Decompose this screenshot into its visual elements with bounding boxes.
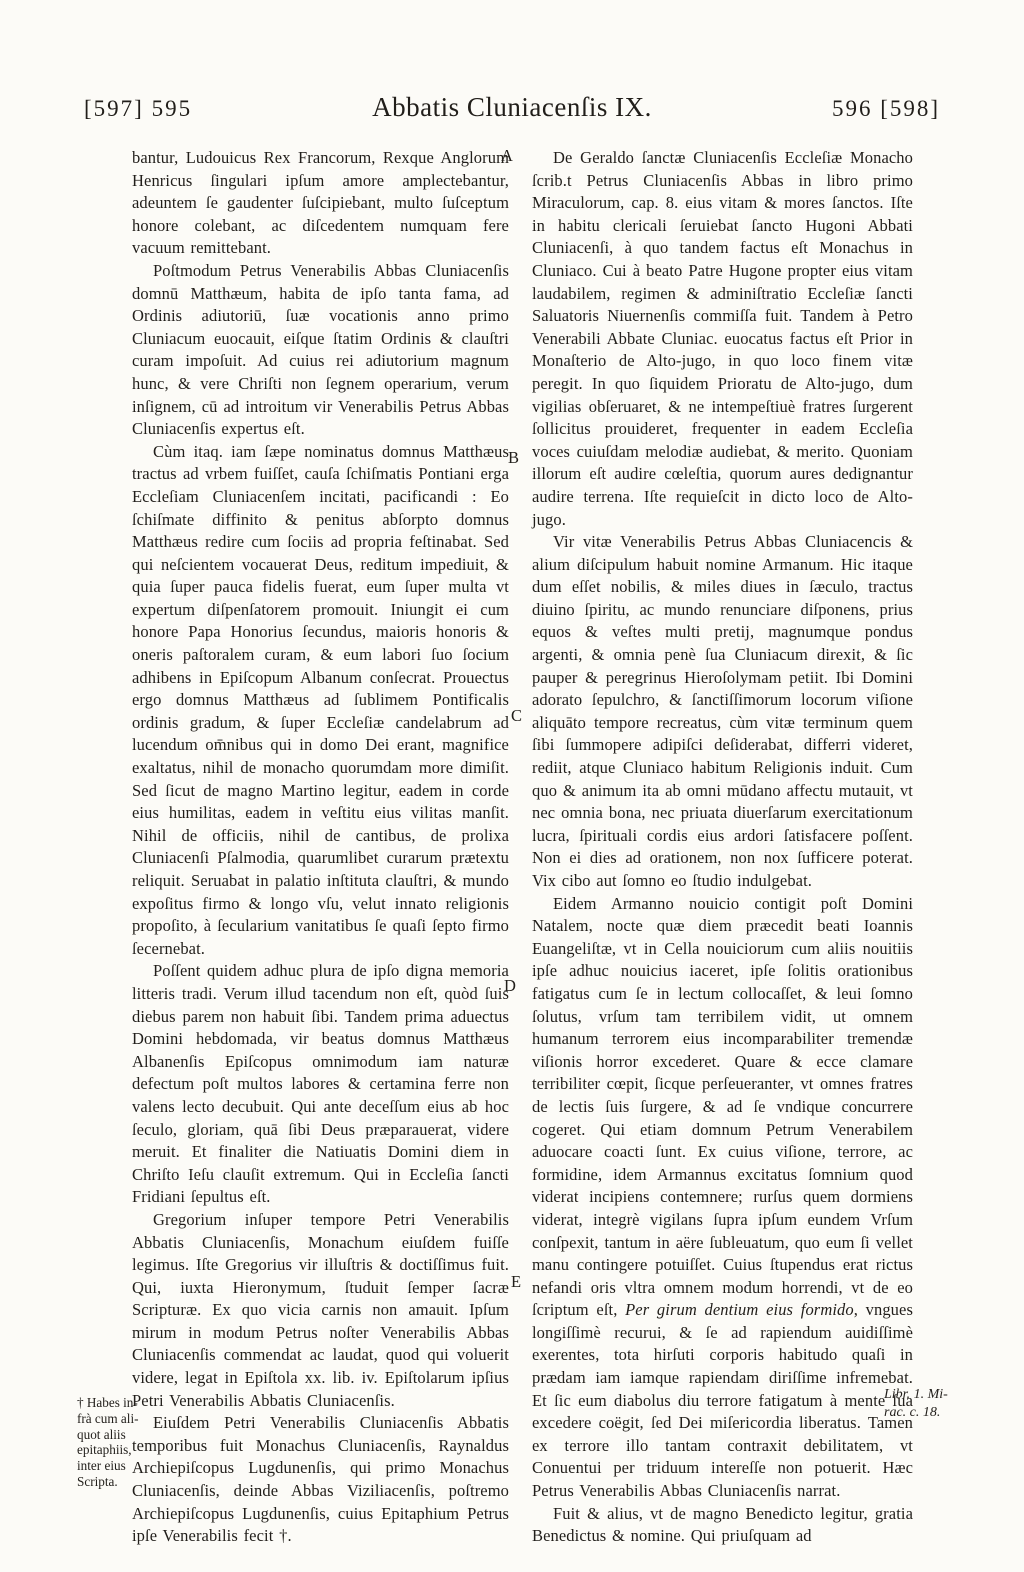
text-run: Fuit & alius, vt de magno Benedicto legi… [532, 1504, 913, 1546]
right-margin-citation: Libr. 1. Mi- rac. c. 18. [884, 1386, 1016, 1421]
paragraph: Eidem Armanno nouicio contigit poſt Domi… [532, 893, 913, 1503]
paragraph: Poſſent quidem adhuc plura de ipſo digna… [132, 960, 509, 1209]
paragraph: Gregorium inſuper tempore Petri Venerabi… [132, 1209, 509, 1412]
paragraph: Poſtmodum Petrus Venerabilis Abbas Cluni… [132, 260, 509, 441]
paragraph: bantur, Ludouicus Rex Francorum, Rexque … [132, 147, 509, 260]
italic-quotation: Per girum dentium eius formido [625, 1300, 854, 1319]
text-run: Poſſent quidem adhuc plura de ipſo digna… [132, 961, 509, 1206]
text-run: Gregorium inſuper tempore Petri Venerabi… [132, 1210, 509, 1410]
left-margin-footnote: † Habes in- frà cum ali- quot aliis epit… [77, 1395, 203, 1490]
paragraph: Cùm itaq. iam ſæpe nominatus domnus Matt… [132, 441, 509, 961]
text-run: bantur, Ludouicus Rex Francorum, Rexque … [132, 148, 509, 257]
text-run: De Geraldo ſanctæ Cluniacenſis Eccleſiæ … [532, 148, 913, 529]
column-right: De Geraldo ſanctæ Cluniacenſis Eccleſiæ … [532, 147, 913, 1548]
book-page: [597] 595 Abbatis Cluniacenſis IX. 596 [… [0, 0, 1024, 1572]
section-letter-b: B [508, 448, 519, 468]
text-run: Vir vitæ Venerabilis Petrus Abbas Clunia… [532, 532, 913, 890]
text-run: Eidem Armanno nouicio contigit poſt Domi… [532, 894, 913, 1320]
text-run: Cùm itaq. iam ſæpe nominatus domnus Matt… [132, 442, 509, 958]
text-run: , vngues longiſſimè recurui, & ſe ad rap… [532, 1300, 913, 1500]
paragraph: Fuit & alius, vt de magno Benedicto legi… [532, 1503, 913, 1548]
text-run: Poſtmodum Petrus Venerabilis Abbas Cluni… [132, 261, 509, 438]
right-pagination: 596 [598] [832, 96, 940, 122]
paragraph: De Geraldo ſanctæ Cluniacenſis Eccleſiæ … [532, 147, 913, 531]
section-letter-e: E [511, 1272, 521, 1292]
paragraph: Vir vitæ Venerabilis Petrus Abbas Clunia… [532, 531, 913, 893]
section-letter-c: C [511, 706, 522, 726]
column-left: bantur, Ludouicus Rex Francorum, Rexque … [132, 147, 509, 1548]
